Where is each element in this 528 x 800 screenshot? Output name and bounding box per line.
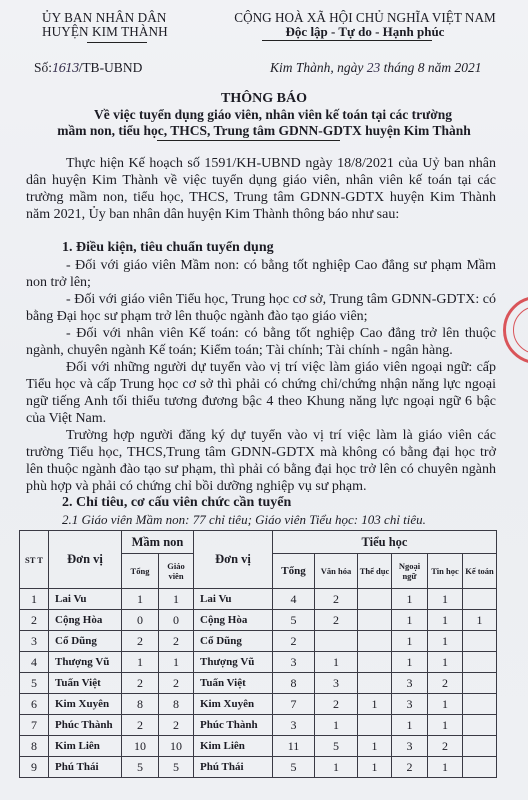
place-date-prefix: Kim Thành, ngày [270,60,367,75]
accounting-cell [463,715,497,736]
unit-2-cell: Kim Xuyên [194,694,273,715]
issuer-block: ỦY BAN NHÂN DÂN HUYỆN KIM THÀNH [42,11,154,39]
paragraph-line: ngữ tiếng Anh tối thiểu tương đương bậc … [26,393,496,410]
it-cell: 1 [428,757,463,778]
col-pe: Thể dục [358,554,392,589]
stt-cell: 6 [20,694,49,715]
document-number: Số:1613/TB-UBND [34,60,142,76]
it-cell: 2 [428,736,463,757]
preschool-total-cell: 5 [122,757,159,778]
preschool-total-cell: 1 [122,652,159,673]
unit-cell: Phú Thái [49,757,122,778]
table-row: 5Tuấn Việt22Tuấn Việt8332 [20,673,497,694]
foreign-language-cell: 1 [392,589,428,610]
condition-line: ngành, chuyên ngành Kế toán; Kiểm toán; … [26,342,496,359]
unit-2-cell: Phú Thái [194,757,273,778]
culture-cell: 3 [315,673,358,694]
preschool-teacher-cell: 2 [159,715,194,736]
unit-cell: Lai Vu [49,589,122,610]
culture-cell: 2 [315,610,358,631]
intro-line: Thực hiện Kế hoạch số 1591/KH-UBND ngày … [26,155,496,172]
pe-cell: 1 [358,736,392,757]
preschool-total-cell: 1 [122,589,159,610]
stt-cell: 5 [20,673,49,694]
foreign-language-cell: 1 [392,631,428,652]
stt-cell: 9 [20,757,49,778]
accounting-cell [463,652,497,673]
col-unit: Đơn vị [49,531,122,589]
culture-cell: 1 [315,757,358,778]
section-2-heading: 2. Chỉ tiêu, cơ cấu viên chức cần tuyển [62,495,291,511]
condition-line: non trở lên; [26,274,496,291]
table-row: 2Cộng Hòa00Cộng Hòa52111 [20,610,497,631]
paragraph-line: Đối với những người dự tuyển vào vị trí … [26,359,496,376]
preschool-total-cell: 10 [122,736,159,757]
doc-no-suffix: /TB-UBND [79,60,143,75]
unit-cell: Thượng Vũ [49,652,122,673]
pe-cell [358,589,392,610]
foreign-language-cell: 1 [392,610,428,631]
unit-cell: Kim Liên [49,736,122,757]
stt-cell: 3 [20,631,49,652]
stt-cell: 1 [20,589,49,610]
preschool-teacher-cell: 2 [159,673,194,694]
stt-cell: 2 [20,610,49,631]
section-1-heading: 1. Điều kiện, tiêu chuẩn tuyển dụng [62,240,274,256]
unit-cell: Tuấn Việt [49,673,122,694]
accounting-cell [463,673,497,694]
accounting-cell [463,589,497,610]
pe-cell [358,715,392,736]
culture-cell: 5 [315,736,358,757]
unit-cell: Phúc Thành [49,715,122,736]
primary-total-cell: 7 [273,694,315,715]
condition-line: - Đối với nhân viên Kế toán: có bằng tốt… [26,325,496,342]
culture-cell: 1 [315,715,358,736]
pe-cell: 1 [358,694,392,715]
unit-2-cell: Phúc Thành [194,715,273,736]
paragraph-line: trường Tiểu học, THCS,Trung tâm GDNN-GDT… [26,444,496,461]
title-underline [157,140,340,141]
preschool-total-cell: 2 [122,673,159,694]
stt-cell: 4 [20,652,49,673]
pe-cell [358,610,392,631]
motto-underline [262,40,432,41]
unit-cell: Cộng Hòa [49,610,122,631]
condition-primary: - Đối với giáo viên Tiểu học, Trung học … [26,291,496,325]
paragraph-line: phù hợp và phải có chứng chỉ bồi dưỡng n… [26,478,496,495]
table-row: 7Phúc Thành22Phúc Thành3111 [20,715,497,736]
pe-cell [358,631,392,652]
col-stt: ST T [20,531,49,589]
preschool-total-cell: 2 [122,715,159,736]
condition-preschool: - Đối với giáo viên Mầm non: có bằng tốt… [26,257,496,291]
condition-line: - Đối với giáo viên Tiểu học, Trung học … [26,291,496,308]
unit-2-cell: Kim Liên [194,736,273,757]
accounting-cell [463,757,497,778]
non-pedagogy-paragraph: Trường hợp người đăng ký dự tuyển vào vị… [26,427,496,495]
accounting-cell [463,694,497,715]
preschool-teacher-cell: 10 [159,736,194,757]
col-unit-2: Đơn vị [194,531,273,589]
accounting-cell [463,736,497,757]
pe-cell [358,652,392,673]
subtitle-line-2: mầm non, tiểu học, THCS, Trung tâm GDNN-… [0,123,528,139]
preschool-total-cell: 0 [122,610,159,631]
official-stamp [503,296,528,364]
paragraph-line: lên thuộc ngành đào tạo sư phạm, thì phả… [26,461,496,478]
col-it: Tin học [428,554,463,589]
issuer-line-1: ỦY BAN NHÂN DÂN [42,11,154,25]
accounting-cell: 1 [463,610,497,631]
preschool-teacher-cell: 5 [159,757,194,778]
paragraph-line: của Việt Nam. [26,410,496,427]
culture-cell: 2 [315,694,358,715]
col-foreign-language: Ngoại ngữ [392,554,428,589]
national-motto: Độc lập - Tự do - Hạnh phúc [206,25,524,39]
primary-total-cell: 4 [273,589,315,610]
col-culture: Văn hóa [315,554,358,589]
it-cell: 2 [428,673,463,694]
quota-table: ST T Đơn vị Mầm non Đơn vị Tiểu học Tổng… [19,530,497,778]
unit-cell: Cổ Dũng [49,631,122,652]
it-cell: 1 [428,631,463,652]
issuer-underline [87,42,147,43]
unit-2-cell: Tuấn Việt [194,673,273,694]
it-cell: 1 [428,715,463,736]
place-date: Kim Thành, ngày 23 tháng 8 năm 2021 [270,60,482,76]
foreign-language-cell: 3 [392,694,428,715]
preschool-teacher-cell: 1 [159,589,194,610]
section-2-subheading: 2.1 Giáo viên Mầm non: 77 chỉ tiêu; Giáo… [62,512,426,528]
foreign-language-cell: 3 [392,736,428,757]
nation-block: CỘNG HOÀ XÃ HỘI CHỦ NGHĨA VIỆT NAM Độc l… [206,11,524,39]
col-preschool-teacher: Giáo viên [159,554,194,589]
foreign-language-cell: 3 [392,673,428,694]
culture-cell: 2 [315,589,358,610]
primary-total-cell: 2 [273,631,315,652]
preschool-teacher-cell: 0 [159,610,194,631]
table-row: 6Kim Xuyên88Kim Xuyên72131 [20,694,497,715]
it-cell: 1 [428,589,463,610]
preschool-total-cell: 8 [122,694,159,715]
culture-cell [315,631,358,652]
col-preschool-total: Tổng [122,554,159,589]
document-title: THÔNG BÁO [0,91,528,107]
intro-line: dân huyện Kim Thành về việc tuyển dụng g… [26,172,496,189]
doc-no-prefix: Số: [34,60,52,75]
issuer-line-2: HUYỆN KIM THÀNH [42,25,154,39]
col-group-preschool: Mầm non [122,531,194,554]
subtitle-line-1: Về việc tuyển dụng giáo viên, nhân viên … [0,107,528,123]
place-date-suffix: tháng 8 năm 2021 [380,60,481,75]
primary-total-cell: 8 [273,673,315,694]
condition-line: - Đối với giáo viên Mầm non: có bằng tốt… [26,257,496,274]
table-row: 9Phú Thái55Phú Thái51121 [20,757,497,778]
foreign-language-paragraph: Đối với những người dự tuyển vào vị trí … [26,359,496,427]
document-page: ỦY BAN NHÂN DÂN HUYỆN KIM THÀNH CỘNG HOÀ… [0,0,528,800]
foreign-language-cell: 1 [392,652,428,673]
foreign-language-cell: 1 [392,715,428,736]
nation-name: CỘNG HOÀ XÃ HỘI CHỦ NGHĨA VIỆT NAM [206,11,524,25]
unit-cell: Kim Xuyên [49,694,122,715]
stt-cell: 8 [20,736,49,757]
preschool-teacher-cell: 1 [159,652,194,673]
doc-no-handwritten: 1613 [52,61,79,75]
it-cell: 1 [428,694,463,715]
preschool-total-cell: 2 [122,631,159,652]
pe-cell [358,673,392,694]
intro-paragraph: Thực hiện Kế hoạch số 1591/KH-UBND ngày … [26,155,496,223]
table-row: 1Lai Vu11Lai Vu4211 [20,589,497,610]
unit-2-cell: Lai Vu [194,589,273,610]
paragraph-line: Tiểu học và cấp Trung học cơ sở thì phải… [26,376,496,393]
day-handwritten: 23 [367,60,381,75]
unit-2-cell: Cổ Dũng [194,631,273,652]
it-cell: 1 [428,610,463,631]
primary-total-cell: 5 [273,610,315,631]
culture-cell: 1 [315,652,358,673]
intro-line: trường mầm non, tiểu học, THCS, Trung tâ… [26,189,496,206]
primary-total-cell: 5 [273,757,315,778]
foreign-language-cell: 2 [392,757,428,778]
table-row: 8Kim Liên1010Kim Liên115132 [20,736,497,757]
condition-line: bằng Đại học sư phạm trở lên thuộc ngành… [26,308,496,325]
stt-cell: 7 [20,715,49,736]
accounting-cell [463,631,497,652]
preschool-teacher-cell: 2 [159,631,194,652]
primary-total-cell: 11 [273,736,315,757]
preschool-teacher-cell: 8 [159,694,194,715]
pe-cell: 1 [358,757,392,778]
col-accounting: Kế toán [463,554,497,589]
condition-accountant: - Đối với nhân viên Kế toán: có bằng tốt… [26,325,496,359]
col-primary-total: Tổng [273,554,315,589]
intro-line: năm 2021, Ủy ban nhân dân huyện Kim Thàn… [26,206,496,223]
primary-total-cell: 3 [273,715,315,736]
unit-2-cell: Cộng Hòa [194,610,273,631]
paragraph-line: Trường hợp người đăng ký dự tuyển vào vị… [26,427,496,444]
it-cell: 1 [428,652,463,673]
table-row: 4Thượng Vũ11Thượng Vũ3111 [20,652,497,673]
col-group-primary: Tiểu học [273,531,497,554]
unit-2-cell: Thượng Vũ [194,652,273,673]
primary-total-cell: 3 [273,652,315,673]
table-row: 3Cổ Dũng22Cổ Dũng211 [20,631,497,652]
